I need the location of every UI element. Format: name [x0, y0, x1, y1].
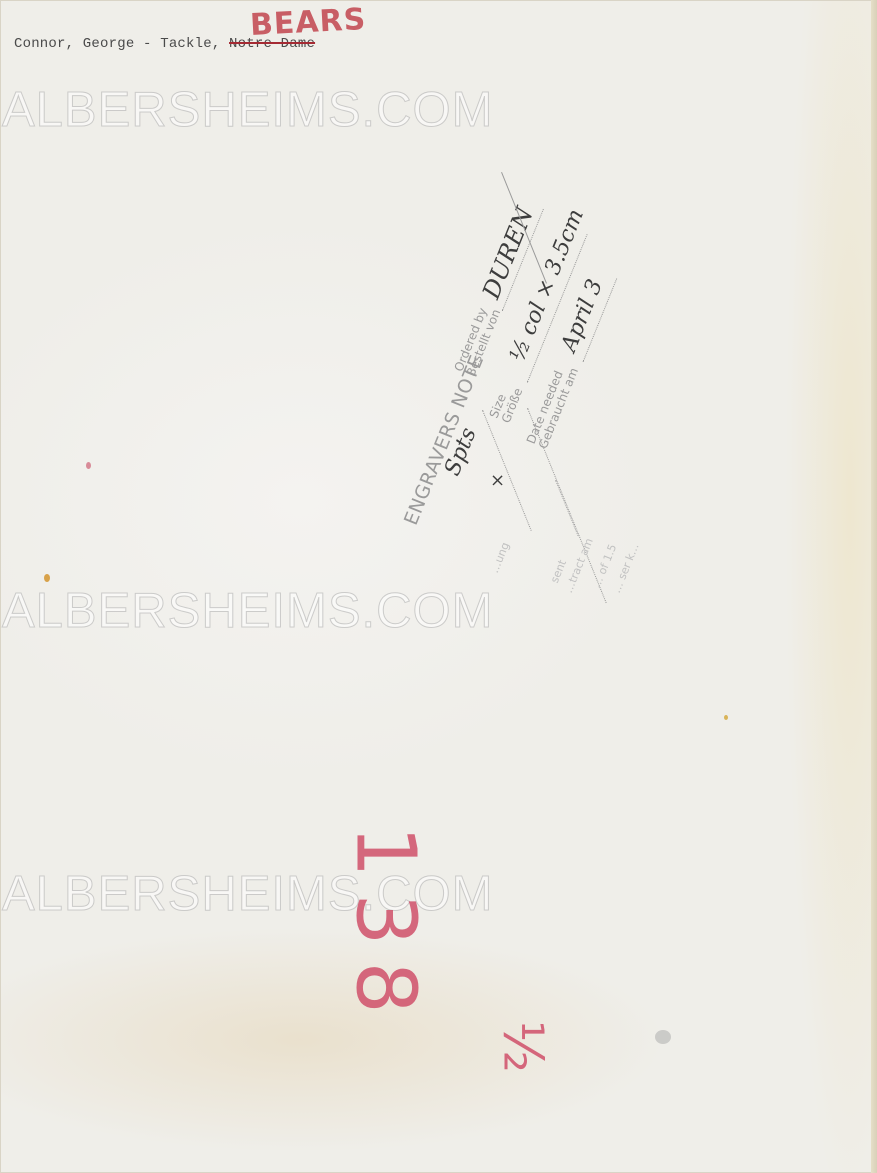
red-pencil-number: 138: [338, 798, 433, 1058]
stain-speck: [655, 1030, 671, 1044]
date-needed-label: Date needed Gebraucht am: [525, 361, 581, 450]
paper-edge: [871, 0, 877, 1173]
watermark: ALBERSHEIMS.COM: [2, 583, 622, 639]
size-label: Size Größe: [488, 382, 526, 425]
caption-name: Connor, George - Tackle,: [14, 36, 220, 52]
red-pencil-fraction: ½: [492, 1020, 555, 1072]
x-mark: ×: [490, 470, 505, 491]
stain-speck: [86, 462, 91, 469]
watermark: ALBERSHEIMS.COM: [2, 866, 622, 922]
handwritten-team-correction: BEARS: [249, 2, 367, 43]
stain-speck: [44, 574, 50, 582]
stain-speck: [724, 715, 728, 720]
watermark: ALBERSHEIMS.COM: [2, 82, 622, 138]
